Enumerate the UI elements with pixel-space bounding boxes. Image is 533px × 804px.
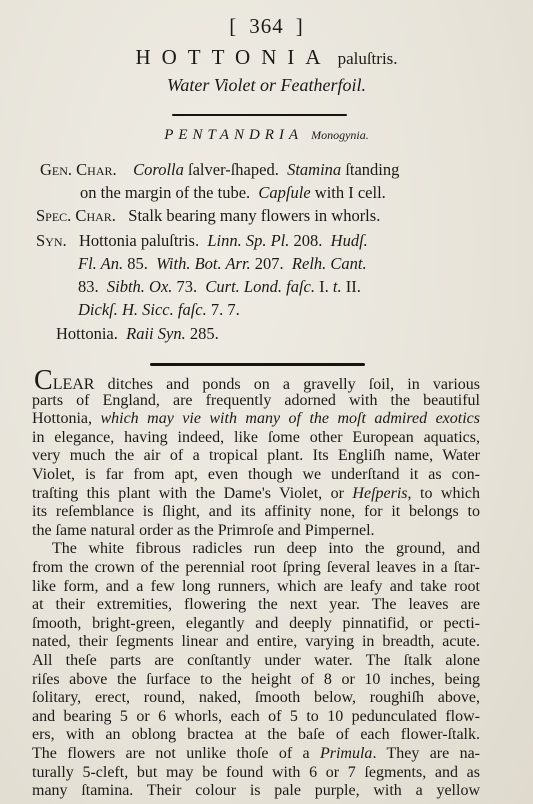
right-bracket: ] [296,14,304,38]
body-line: very much the air of a tropical plant. I… [32,447,480,465]
body-line: its reſemblance is ſlight, and its affin… [32,503,480,521]
body-line: All theſe parts are conſtantly under wat… [32,652,480,670]
citation: Hudſ. [331,231,368,250]
gen-char-line-1: Gen. Char. Corolla ſalver-ſhaped. Stamin… [40,160,399,180]
text: Violet, is far from apt, even though we … [32,466,480,483]
body-line: at their extremities, flowering the next… [32,596,480,614]
italic-term: Heſperis [352,485,407,502]
linnaean-class: PENTANDRIAMonogynia. [0,127,533,144]
citation: Linn. Sp. Pl. [207,231,289,250]
syn-label: Syn. [36,231,67,250]
text: its reſemblance is ſlight, and its affin… [32,503,480,520]
body-line: traſting this plant with the Dame's Viol… [32,485,480,503]
body-line: The flowers are not unlike thoſe of a Pr… [32,745,480,763]
spec-char-text: Stalk bearing many flowers in whorls. [128,206,380,225]
text: 208. [289,231,330,250]
text: LEAR ditches and ponds on a gravelly ſoi… [53,376,480,393]
body-line: nated, their ſegments linear and entire,… [32,633,480,651]
term-capsule: Capſule [258,183,310,202]
body-line: the ſame natural order as the Primroſe a… [32,522,480,540]
text: ſtanding [341,160,399,179]
body-line: riſes above the ſurface to the height of… [32,671,480,689]
left-bracket: [ [229,14,237,38]
text: very much the air of a tropical plant. I… [32,447,480,464]
text: in elegance, having indeed, like ſome ot… [32,429,480,446]
text: and bearing 5 or 6 whorls, each of 5 to … [32,708,480,725]
body-line: ſmooth, bright-green, elegantly and deep… [32,615,480,633]
class-name: PENTANDRIA [164,127,303,143]
term-stamina: Stamina [287,160,341,179]
text: Hottonia [32,410,88,427]
citation: t. [333,277,342,296]
text: 83. [78,277,107,296]
text: many ſtamina. Their colour is pale purpl… [32,782,480,799]
text: with I cell. [311,183,386,202]
syn-line-5: Hottonia. Raii Syn. 285. [56,324,219,344]
text: the ſame natural order as the Primroſe a… [32,522,375,539]
spec-char-line: Spec. Char. Stalk bearing many flowers i… [36,206,380,226]
italic-term: Primula [320,745,372,762]
text: , to which [408,485,480,502]
text: The flowers are not unlike thoſe of a [32,745,320,762]
text: from the crown of the perennial root ſpr… [32,559,480,576]
text: traſting this plant with the Dame's Viol… [32,485,352,502]
order-name: Monogynia. [311,128,369,142]
page-number: [364] [0,14,533,39]
citation: Sibth. Ox. [107,277,173,296]
citation: Curt. Lond. faſc. [205,277,315,296]
text: parts of England, are frequently adorned… [32,392,480,409]
page-number-value: 364 [249,14,284,38]
text: II. [342,277,361,296]
plant-title: HOTTONIApaluſtris. [0,45,533,70]
text: 207. [251,254,292,273]
species-name: paluſtris. [338,49,398,68]
syn-line-2: Fl. An. 85. With. Bot. Arr. 207. Relh. C… [78,254,367,274]
text: ſolitary, erect, round, naked, ſmooth be… [32,689,480,706]
citation: Dickſ. H. Sicc. faſc. [78,300,207,319]
citation: With. Bot. Arr. [156,254,251,273]
text: ers, with an oblong bractea at the baſe … [32,726,480,743]
body-line: ers, with an oblong bractea at the baſe … [32,726,480,744]
body-line: many ſtamina. Their colour is pale purpl… [32,782,480,800]
text: I. [315,277,333,296]
common-name: Water Violet or Featherfoil. [0,75,533,96]
text: nated, their ſegments linear and entire,… [32,633,480,650]
body-line: ſolitary, erect, round, naked, ſmooth be… [32,689,480,707]
text: All theſe parts are conſtantly under wat… [32,652,480,669]
book-page: [364] HOTTONIApaluſtris. Water Violet or… [0,0,533,804]
syn-line-1: Syn. Hottonia paluſtris. Linn. Sp. Pl. 2… [36,231,368,251]
body-line: and bearing 5 or 6 whorls, each of 5 to … [32,708,480,726]
text: 85. [123,254,156,273]
text: Hottonia paluſtris. [79,231,207,250]
text: like form, and a few long runners, which… [32,578,480,595]
text: on the margin of the tube. [80,183,258,202]
gen-char-line-2: on the margin of the tube. Capſule with … [80,183,386,203]
text: 73. [172,277,205,296]
divider-rule-bottom [150,363,365,366]
text: at their extremities, flowering the next… [32,596,480,613]
body-line: in elegance, having indeed, like ſome ot… [32,429,480,447]
body-line: like form, and a few long runners, which… [32,578,480,596]
text: riſes above the ſurface to the height of… [32,671,480,688]
syn-line-4: Dickſ. H. Sicc. faſc. 7. 7. [78,300,240,320]
genus-name: HOTTONIA [135,45,331,69]
text: Hottonia. [56,324,126,343]
text: ſalver-ſhaped. [184,160,287,179]
text: ſmooth, bright-green, elegantly and deep… [32,615,480,632]
body-line: turally 5-cleft, but may be found with 6… [32,764,480,782]
citation: Raii Syn. [126,324,186,343]
text: The white fibrous radicles run deep into… [52,540,480,557]
body-line: Violet, is far from apt, even though we … [32,466,480,484]
text: . They are na- [372,745,480,762]
syn-line-3: 83. Sibth. Ox. 73. Curt. Lond. faſc. I. … [78,277,361,297]
italic-term: , which may vie with many of the moſt ad… [88,410,480,427]
divider-rule-top [172,114,347,116]
citation: Relh. Cant. [292,254,367,273]
citation: Fl. An. [78,254,123,273]
body-line: from the crown of the perennial root ſpr… [32,559,480,577]
gen-char-label: Gen. Char. [40,160,117,179]
body-line: parts of England, are frequently adorned… [32,392,480,410]
text: 285. [186,324,219,343]
text: 7. 7. [207,300,240,319]
spec-char-label: Spec. Char. [36,206,116,225]
body-line: The white fibrous radicles run deep into… [52,540,480,558]
term-corolla: Corolla [133,160,184,179]
body-line: Hottonia, which may vie with many of the… [32,410,480,428]
text: turally 5-cleft, but may be found with 6… [32,764,480,781]
